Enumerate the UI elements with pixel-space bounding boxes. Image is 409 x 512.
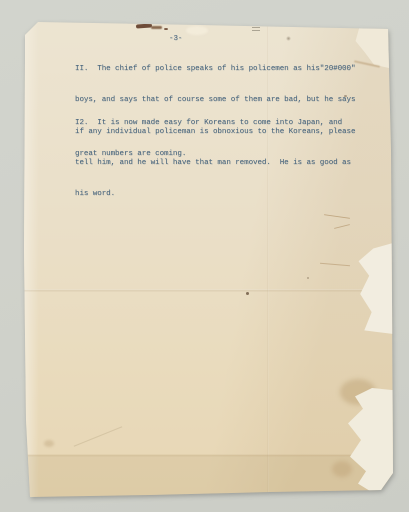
ink-smudge-stain	[164, 28, 168, 30]
dirt-speck	[307, 277, 309, 279]
pencil-mark	[252, 27, 260, 31]
bottom-left-stain	[44, 440, 54, 447]
paper-shadow-wrapper: -3- II. The chief of police speaks of hi…	[0, 0, 409, 512]
scan-background: -3- II. The chief of police speaks of hi…	[0, 0, 409, 512]
typed-line: his word.	[75, 189, 355, 199]
typed-line: I2. It is now made easy for Koreans to c…	[75, 118, 342, 128]
paper-crack-line	[320, 263, 350, 267]
horizontal-fold-crease	[24, 289, 394, 292]
brown-stain	[332, 461, 352, 477]
diagonal-crease	[74, 426, 123, 446]
bottom-fold-band	[24, 455, 394, 499]
right-edge-tear-patch	[352, 243, 393, 334]
ink-smudge-stain	[136, 23, 152, 28]
typed-line: great numbers are coming.	[75, 149, 342, 159]
dirt-speck	[246, 292, 249, 295]
faint-cross-mark	[286, 36, 291, 41]
paper-sheet: -3- II. The chief of police speaks of hi…	[24, 21, 394, 498]
ink-smudge-stain	[151, 26, 162, 29]
tear-edge-line	[354, 60, 380, 67]
brown-stain	[340, 379, 376, 405]
paper-crack-line	[334, 224, 350, 229]
typed-line: II. The chief of police speaks of his po…	[75, 64, 355, 74]
bottom-right-tear-patch	[343, 388, 393, 492]
pale-spot-stain	[186, 26, 208, 35]
paragraph-12: I2. It is now made easy for Koreans to c…	[75, 97, 342, 181]
